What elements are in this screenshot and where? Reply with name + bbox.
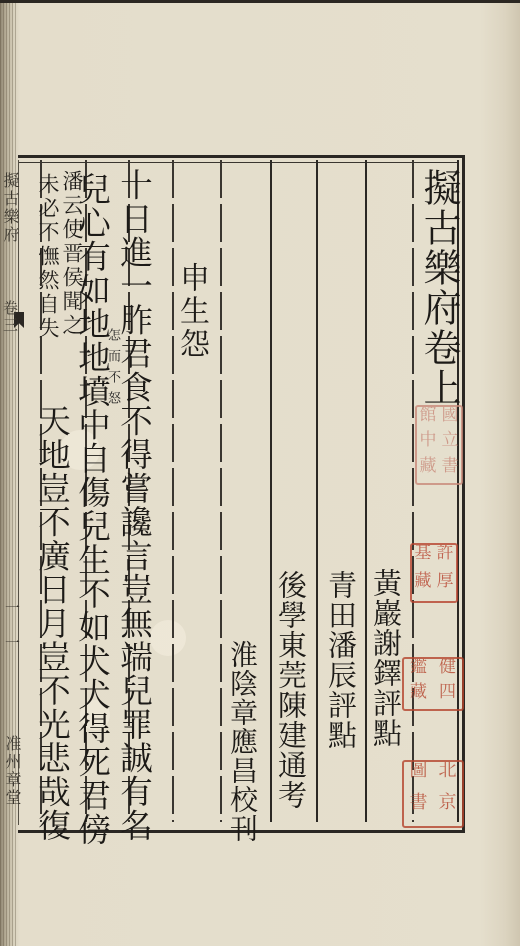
seal-char: 書 <box>442 458 459 483</box>
banxin-book-title: 擬古樂府 <box>2 172 18 244</box>
seal-char: 書 <box>410 794 428 826</box>
seal-char: 基 <box>415 545 432 573</box>
collector-seal: 北 京 圖 書 <box>402 760 464 828</box>
seal-char: 中 <box>420 432 437 457</box>
collector-seal: 許 厚 基 藏 <box>410 543 458 603</box>
seal-char: 藏 <box>410 684 427 709</box>
collector-seal: 國 立 書 館 中 藏 <box>415 405 463 485</box>
commentary-line: 未必不憮然自失 <box>37 173 58 341</box>
seal-char: 四 <box>439 684 456 709</box>
seal-char: 京 <box>439 794 457 826</box>
seal-char: 國 <box>442 407 459 432</box>
seal-char: 厚 <box>437 573 454 601</box>
poem-column: 天地豈不廣日月豈不光悲哉復 <box>36 404 69 842</box>
column-rule <box>412 160 414 822</box>
book-title: 擬古樂府卷上 <box>420 168 458 408</box>
column-rule <box>172 160 174 822</box>
column-rule <box>316 160 318 822</box>
seal-char: 藏 <box>415 573 432 601</box>
banxin-leaf-mark: 一 <box>4 635 19 652</box>
collector-seal: 健 四 鑑 藏 <box>402 657 464 711</box>
banxin-printer: 准州章堂 <box>4 735 20 807</box>
seal-char: 北 <box>439 762 457 794</box>
credit-commentator-2: 青田潘辰評點 <box>326 570 355 750</box>
credit-researcher: 後學東莞陳建通考 <box>276 570 305 810</box>
seal-char: 立 <box>442 432 459 457</box>
seal-char: 許 <box>437 545 454 573</box>
column-rule <box>365 160 367 822</box>
column-rule <box>270 160 272 822</box>
banxin-juan: 卷三 <box>2 300 17 334</box>
column-rule <box>220 160 222 822</box>
seal-char: 健 <box>439 659 456 684</box>
banxin-rule <box>18 160 19 825</box>
seal-char: 館 <box>420 407 437 432</box>
commentary-line: 潘云使晋侯聞之 <box>61 170 82 338</box>
credit-editor: 淮陰章應昌校刊 <box>228 640 256 843</box>
top-edge <box>0 0 520 3</box>
seal-char: 鑑 <box>410 659 427 684</box>
banxin-leaf-mark: 一 <box>4 600 19 617</box>
seal-char: 圖 <box>410 762 428 794</box>
poem-title: 申生怨 <box>176 262 206 361</box>
credit-commentator-1: 黃巖謝鐸評點 <box>371 568 400 748</box>
poem-column: 十日進一胙君食不得嘗讒言豈無端兒罪誠有名 <box>118 168 151 842</box>
frame-inner-rule <box>18 162 458 163</box>
seal-char: 藏 <box>420 458 437 483</box>
